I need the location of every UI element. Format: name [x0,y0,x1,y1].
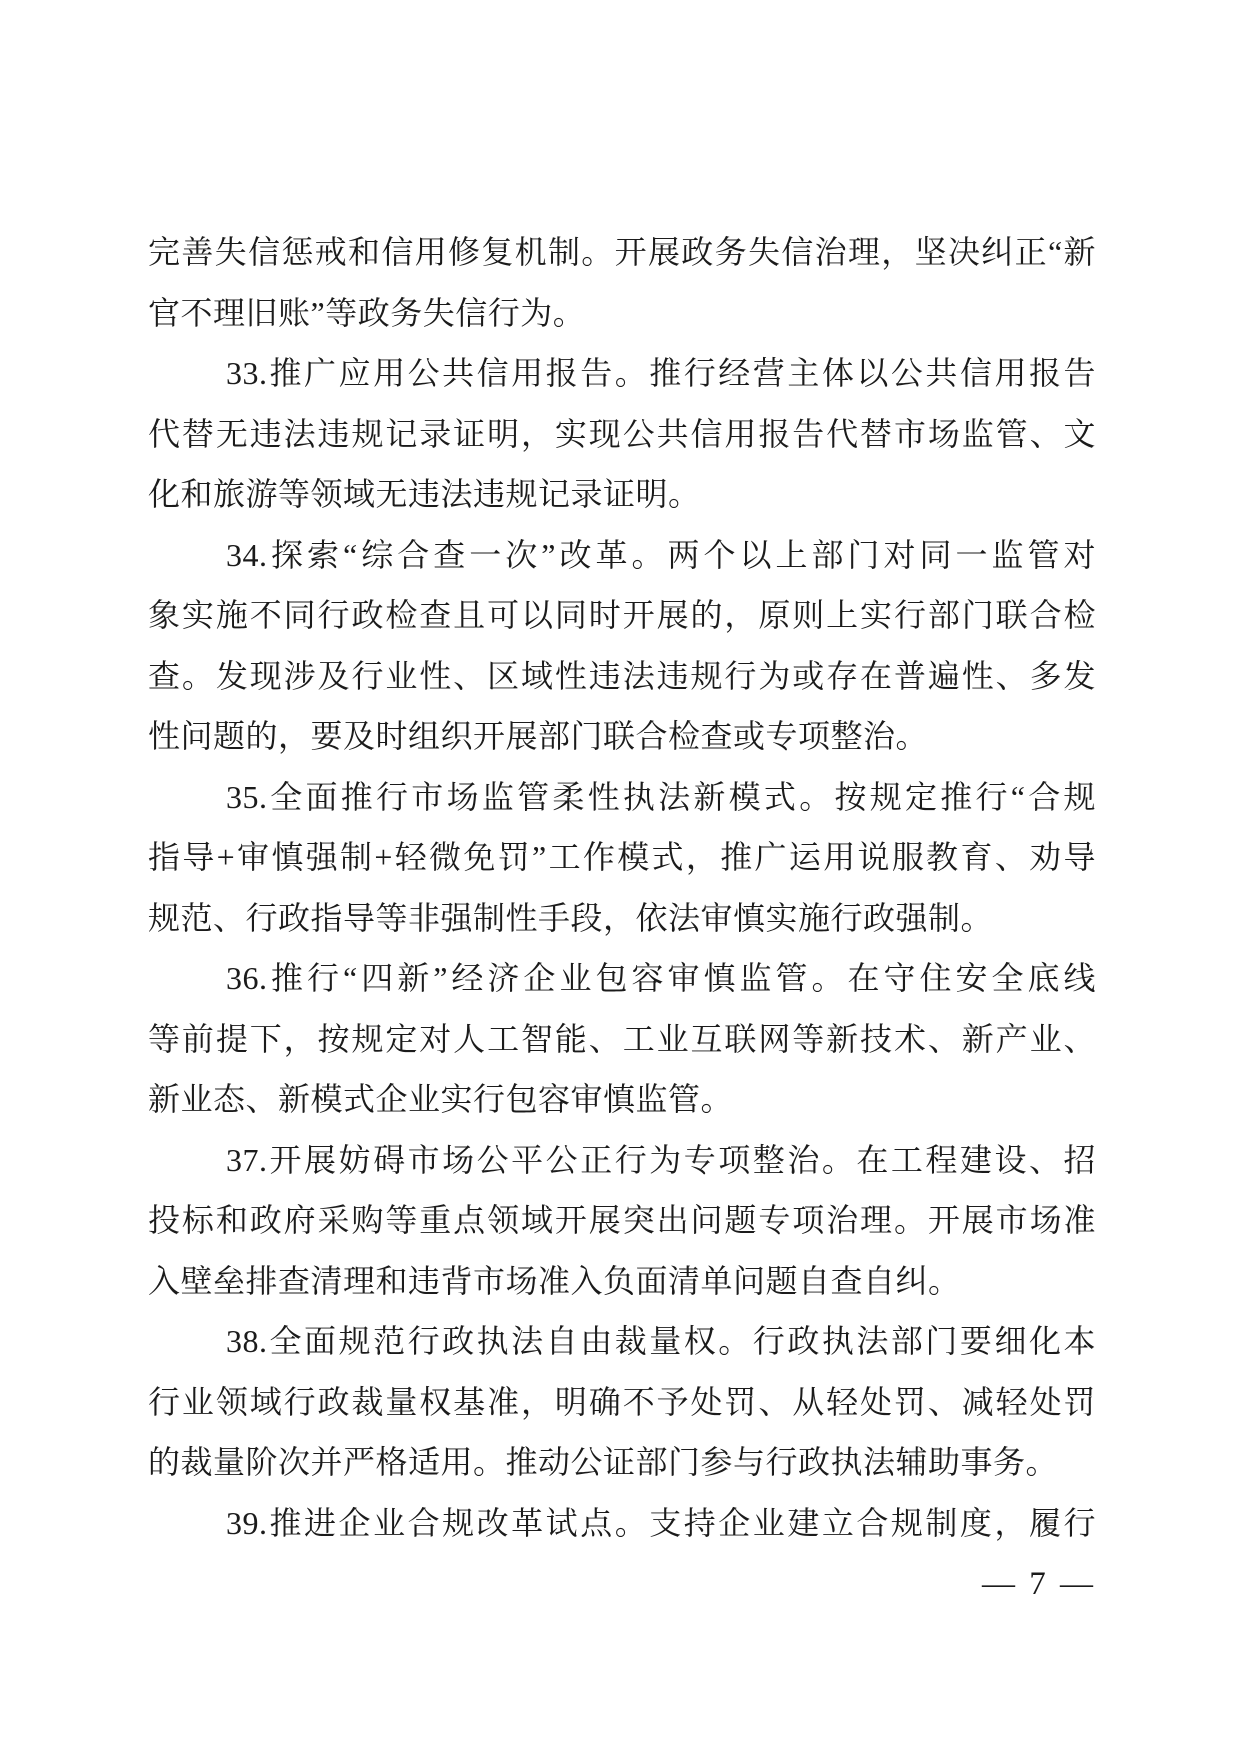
page-footer: — 7 — [148,1566,1096,1603]
text-line: 入壁垒排查清理和违背市场准入负面清单问题自查自纠。 [148,1251,1096,1312]
text-line: 规范、行政指导等非强制性手段，依法审慎实施行政强制。 [148,888,1096,949]
text-line: 象实施不同行政检查且可以同时开展的，原则上实行部门联合检 [148,585,1096,646]
text-line: 的裁量阶次并严格适用。推动公证部门参与行政执法辅助事务。 [148,1432,1096,1493]
text-line: 新业态、新模式企业实行包容审慎监管。 [148,1069,1096,1130]
text-line: 37.开展妨碍市场公平公正行为专项整治。在工程建设、招 [148,1130,1096,1191]
text-line: 性问题的，要及时组织开展部门联合检查或专项整治。 [148,706,1096,767]
text-line: 指导+审慎强制+轻微免罚”工作模式，推广运用说服教育、劝导 [148,827,1096,888]
text-line: 行业领域行政裁量权基准，明确不予处罚、从轻处罚、减轻处罚 [148,1372,1096,1433]
text-line: 36.推行“四新”经济企业包容审慎监管。在守住安全底线 [148,948,1096,1009]
text-line: 等前提下，按规定对人工智能、工业互联网等新技术、新产业、 [148,1009,1096,1070]
document-body-text: 完善失信惩戒和信用修复机制。开展政务失信治理，坚决纠正“新官不理旧账”等政务失信… [148,222,1096,1553]
text-line: 投标和政府采购等重点领域开展突出问题专项治理。开展市场准 [148,1190,1096,1251]
text-line: 官不理旧账”等政务失信行为。 [148,283,1096,344]
text-line: 化和旅游等领域无违法违规记录证明。 [148,464,1096,525]
text-line: 34.探索“综合查一次”改革。两个以上部门对同一监管对 [148,525,1096,586]
document-page: 完善失信惩戒和信用修复机制。开展政务失信治理，坚决纠正“新官不理旧账”等政务失信… [0,0,1241,1754]
text-line: 39.推进企业合规改革试点。支持企业建立合规制度，履行 [148,1493,1096,1554]
text-line: 查。发现涉及行业性、区域性违法违规行为或存在普遍性、多发 [148,646,1096,707]
page-number: — 7 — [982,1566,1096,1602]
text-line: 35.全面推行市场监管柔性执法新模式。按规定推行“合规 [148,767,1096,828]
text-line: 完善失信惩戒和信用修复机制。开展政务失信治理，坚决纠正“新 [148,222,1096,283]
text-line: 38.全面规范行政执法自由裁量权。行政执法部门要细化本 [148,1311,1096,1372]
text-line: 33.推广应用公共信用报告。推行经营主体以公共信用报告 [148,343,1096,404]
text-line: 代替无违法违规记录证明，实现公共信用报告代替市场监管、文 [148,404,1096,465]
